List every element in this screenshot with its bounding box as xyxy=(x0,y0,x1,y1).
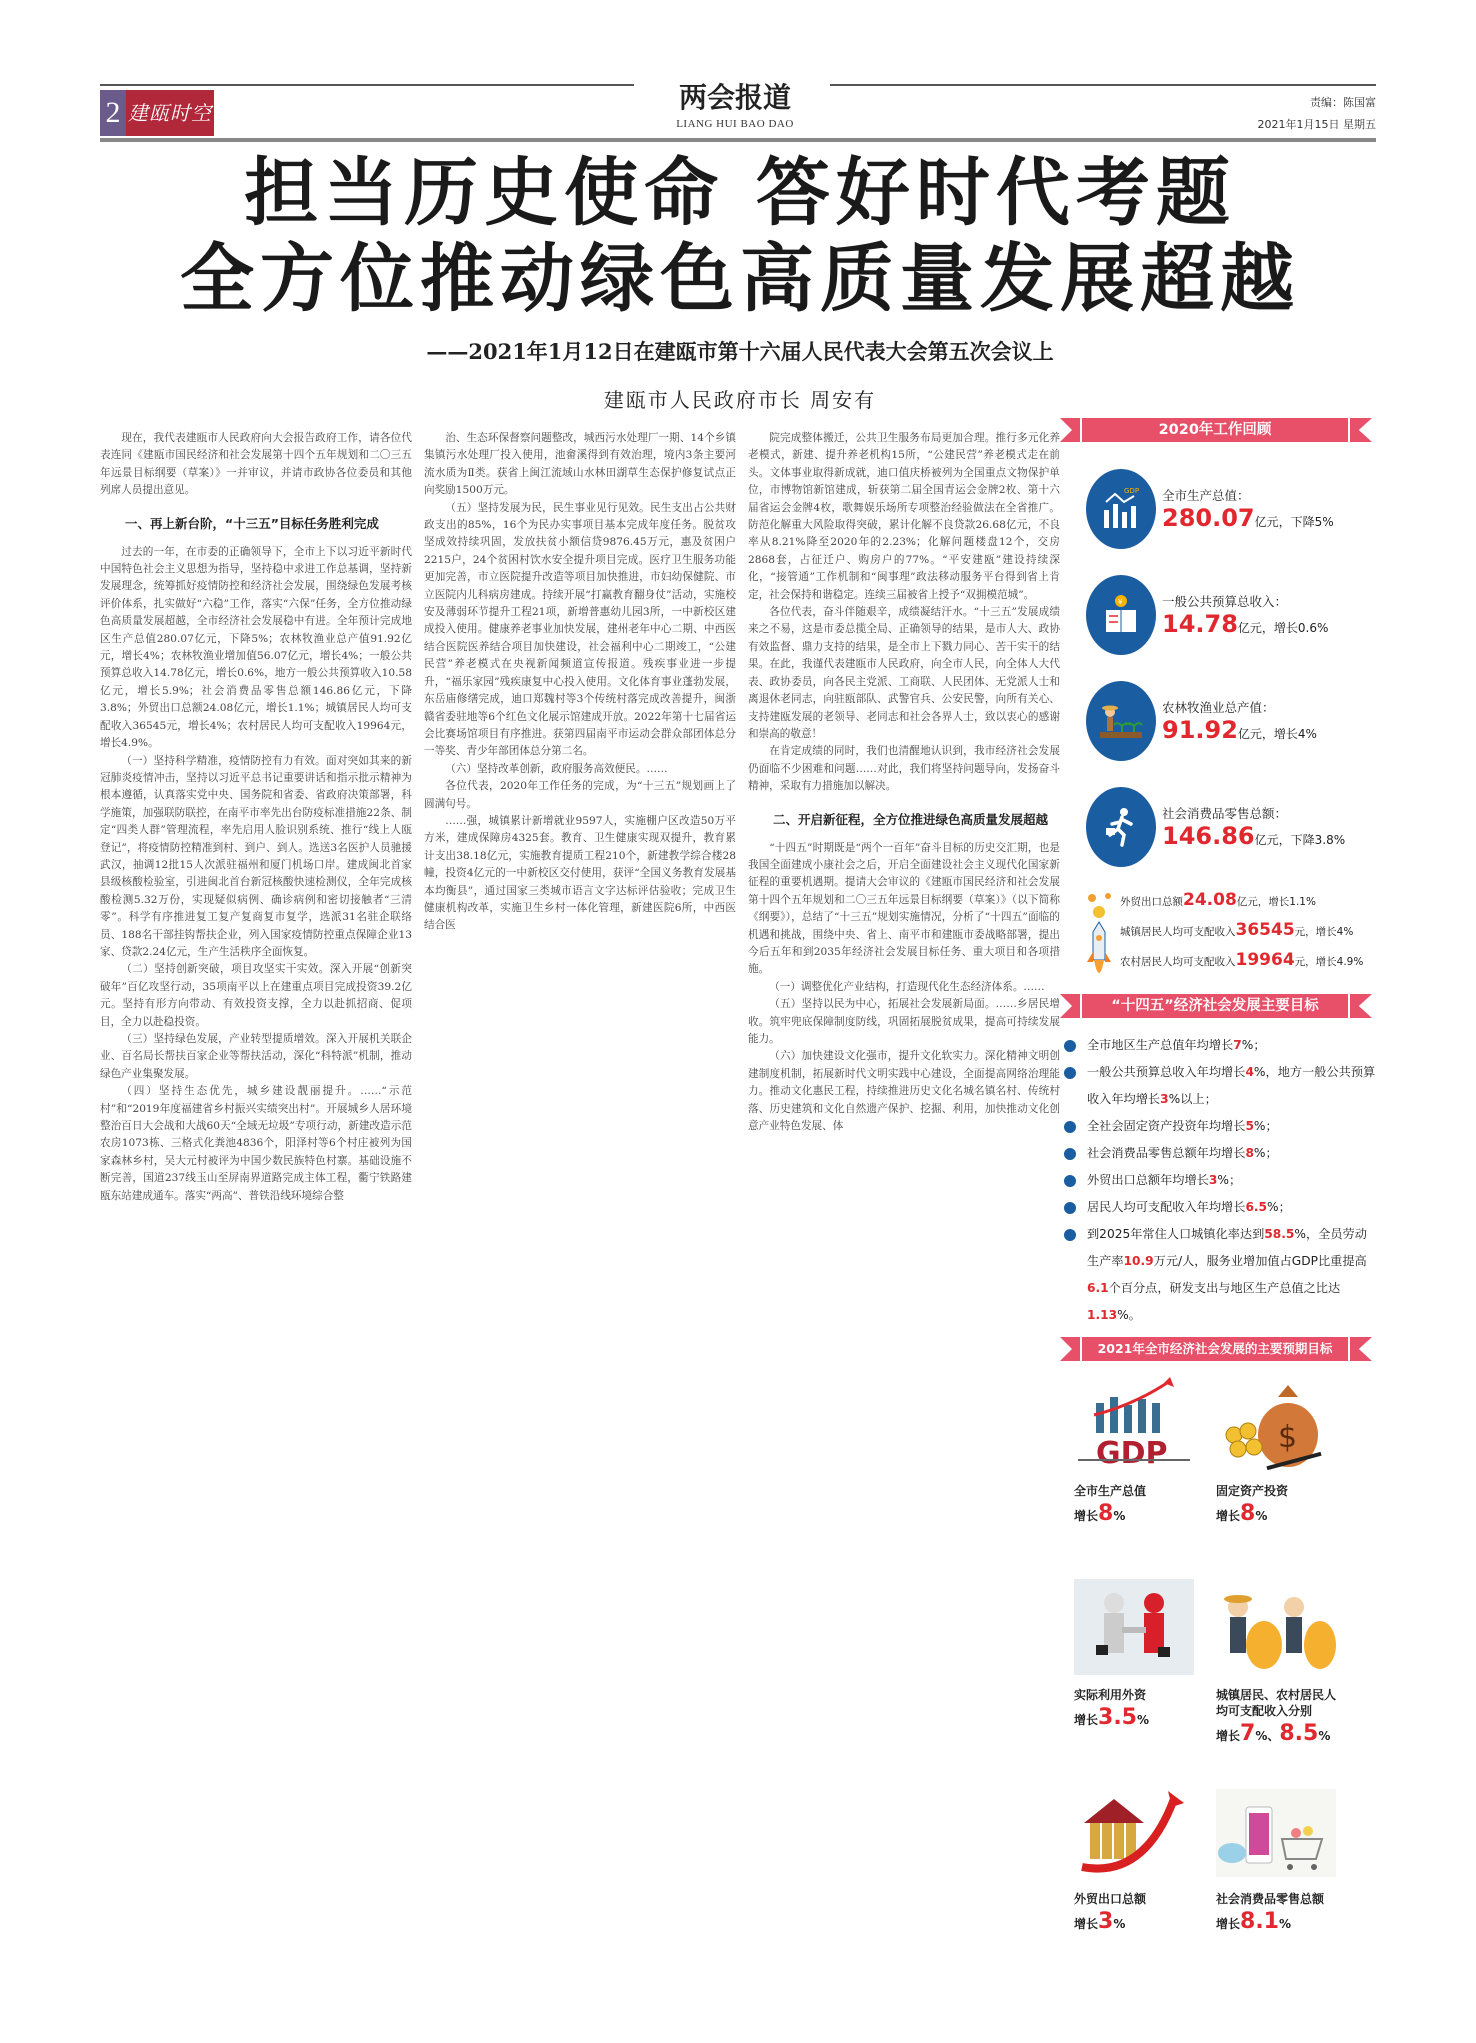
paragraph: （五）坚持以民为中心，拓展社会发展新局面。……乡居民增收。筑牢兜底保障制度防线，… xyxy=(748,996,1060,1048)
review-item-budget: ¥ 一般公共预算总收入： 14.78亿元，增长0.6% xyxy=(1060,562,1376,668)
goal-item: 一般公共预算总收入年均增长4%，地方一般公共预算收入年均增长3%以上； xyxy=(1060,1059,1376,1113)
article-column-3: 院完成整体搬迁，公共卫生服务布局更加合理。推行多元化养老模式，新建、提升养老机构… xyxy=(748,430,1060,1960)
paragraph: （四）坚持生态优先，城乡建设靓丽提升。……“示范村”和“2019年度福建省乡村振… xyxy=(100,1083,412,1205)
money-bag-icon: $ xyxy=(1216,1375,1336,1475)
editor-credit: 责编：陈国富 xyxy=(1310,94,1376,110)
page-badge: 2 建瓯时空 xyxy=(100,90,214,136)
review-unit: 亿元，下降3.8% xyxy=(1255,833,1346,847)
ribbon-tail-left xyxy=(1060,994,1080,1018)
paragraph: （三）坚持绿色发展，产业转型提质增效。深入开展机关联企业、百名局长帮扶百家企业等… xyxy=(100,1031,412,1083)
paragraph: ……强，城镇累计新增就业9597人，实施棚户区改造50万平方米，建成保障房432… xyxy=(424,813,736,935)
target-export: 外贸出口总额 增长3% xyxy=(1074,1783,1204,1979)
rocket-stats: 外贸出口总额24.08亿元，增长1.1% 城镇居民人均可支配收入36545元，增… xyxy=(1060,884,1376,994)
paragraph: 现在，我代表建瓯市人民政府向大会报告政府工作，请各位代表连同《建瓯市国民经济和社… xyxy=(100,430,412,500)
handshake-icon xyxy=(1074,1579,1194,1679)
goal-item: 居民人均可支配收入年均增长6.5%； xyxy=(1060,1194,1376,1221)
targets-grid: GDP 全市生产总值 增长8% $ 固定资产投资 增长8% 实际利用外资 增长3… xyxy=(1074,1375,1376,1979)
target-gdp: GDP 全市生产总值 增长8% xyxy=(1074,1375,1204,1571)
review-label: 一般公共预算总收入： xyxy=(1162,592,1328,610)
paragraph: 在肯定成绩的同时，我们也清醒地认识到，我市经济社会发展仍面临不少困难和问题……对… xyxy=(748,743,1060,795)
masthead-rule-bottom xyxy=(100,138,1376,142)
paragraph: （一）调整优化产业结构，打造现代化生态经济体系。…… xyxy=(748,979,1060,996)
gdp-crowd-icon: GDP xyxy=(1074,1375,1194,1475)
bullet-dot-icon xyxy=(1064,1175,1076,1187)
headline-line-2: 全方位推动绿色高质量发展超越 xyxy=(150,236,1330,322)
rocket-icon xyxy=(1084,892,1114,988)
house-arrow-icon xyxy=(1074,1783,1194,1883)
review-value: 91.92 xyxy=(1162,716,1238,744)
paragraph: （六）坚持改革创新，政府服务高效便民。…… xyxy=(424,761,736,778)
page-number: 2 xyxy=(100,90,126,136)
goal-item: 全社会固定资产投资年均增长5%； xyxy=(1060,1113,1376,1140)
review-unit: 亿元，下降5% xyxy=(1255,515,1334,529)
paragraph: 治、生态环保督察问题整改，城西污水处理厂一期、14个乡镇集镇污水处理厂投入使用，… xyxy=(424,430,736,500)
masthead: 2 建瓯时空 两会报道 LIANG HUI BAO DAO 责编：陈国富 202… xyxy=(100,80,1376,136)
paragraph: （一）坚持科学精准，疫情防控有力有效。面对突如其来的新冠肺炎疫情冲击，坚持以习近… xyxy=(100,753,412,962)
masthead-rule-right xyxy=(830,84,1376,86)
shopping-cart-icon xyxy=(1216,1783,1336,1883)
article-body: 现在，我代表建瓯市人民政府向大会报告政府工作，请各位代表连同《建瓯市国民经济和社… xyxy=(100,430,1060,1960)
goal-item: 社会消费品零售总额年均增长8%； xyxy=(1060,1140,1376,1167)
headline-subtitle: ——2021年1月12日在建瓯市第十六届人民代表大会第五次会议上 xyxy=(150,336,1330,366)
ribbon-tail-right xyxy=(1350,994,1372,1018)
bullet-dot-icon xyxy=(1064,1040,1076,1052)
byline: 建瓯市人民政府市长 周安有 xyxy=(150,384,1330,413)
ribbon-2020-review: 2020年工作回顾 xyxy=(1060,418,1376,442)
paragraph: 过去的一年，在市委的正确领导下，全市上下以习近平新时代中国特色社会主义思想为指导… xyxy=(100,544,412,753)
ribbon-14th-fyp-goals: “十四五”经济社会发展主要目标 xyxy=(1060,994,1376,1018)
bullet-dot-icon xyxy=(1064,1121,1076,1133)
ribbon-title: 2020年工作回顾 xyxy=(1082,418,1348,442)
goal-item: 到2025年常住人口城镇化率达到58.5%，全员劳动生产率10.9万元/人，服务… xyxy=(1060,1221,1376,1329)
review-value: 146.86 xyxy=(1162,822,1255,850)
ribbon-tail-right xyxy=(1350,418,1372,442)
residents-icon xyxy=(1216,1579,1336,1679)
bullet-dot-icon xyxy=(1064,1202,1076,1214)
ribbon-tail-left xyxy=(1060,1337,1080,1361)
review-label: 全市生产总值： xyxy=(1162,486,1334,504)
review-item-agriculture: 农林牧渔业总产值： 91.92亿元，增长4% xyxy=(1060,668,1376,774)
masthead-rule-left xyxy=(100,84,634,86)
paragraph: （二）坚持创新突破，项目攻坚实干实效。深入开展“创新突破年”百亿攻坚行动，35项… xyxy=(100,961,412,1031)
bullet-dot-icon xyxy=(1064,1229,1076,1241)
rocket-stat-export: 外贸出口总额24.08亿元，增长1.1% xyxy=(1120,890,1316,910)
section-heading-1: 一、再上新台阶，“十三五”目标任务胜利完成 xyxy=(100,514,412,534)
issue-date: 2021年1月15日 星期五 xyxy=(1258,116,1377,132)
target-foreign-investment: 实际利用外资 增长3.5% xyxy=(1074,1579,1204,1775)
goal-item: 全市地区生产总值年均增长7%； xyxy=(1060,1032,1376,1059)
rocket-stat-rural-income: 农村居民人均可支配收入19964元，增长4.9% xyxy=(1120,950,1363,970)
review-label: 社会消费品零售总额： xyxy=(1162,804,1345,822)
paragraph: （六）加快建设文化强市，提升文化软实力。深化精神文明创建制度机制，拓展新时代文明… xyxy=(748,1048,1060,1135)
ribbon-2021-targets: 2021年全市经济社会发展的主要预期目标 xyxy=(1060,1337,1376,1361)
svg-text:GDP: GDP xyxy=(1124,487,1139,495)
svg-text:¥: ¥ xyxy=(1118,598,1123,606)
review-value: 14.78 xyxy=(1162,610,1238,638)
article-column-2: 治、生态环保督察问题整改，城西污水处理厂一期、14个乡镇集镇污水处理厂投入使用，… xyxy=(424,430,736,1960)
target-fixed-investment: $ 固定资产投资 增长8% xyxy=(1216,1375,1346,1571)
review-unit: 亿元，增长4% xyxy=(1238,727,1317,741)
paragraph: 院完成整体搬迁，公共卫生服务布局更加合理。推行多元化养老模式，新建、提升养老机构… xyxy=(748,430,1060,604)
headline-line-1: 担当历史使命 答好时代考题 xyxy=(150,150,1330,236)
paragraph: 各位代表，奋斗伴随艰辛，成绩凝结汗水。“十三五”发展成绩来之不易，这是市委总揽全… xyxy=(748,604,1060,743)
paragraph: （五）坚持发展为民，民生事业见行见效。民生支出占公共财政支出的85%，16个为民… xyxy=(424,500,736,761)
target-retail: 社会消费品零售总额 增长8.1% xyxy=(1216,1783,1346,1979)
review-item-gdp: GDP 全市生产总值： 280.07亿元，下降5% xyxy=(1060,456,1376,562)
headline-block: 担当历史使命 答好时代考题 全方位推动绿色高质量发展超越 ——2021年1月12… xyxy=(150,150,1330,413)
svg-text:GDP: GDP xyxy=(1096,1436,1168,1471)
shopper-running-icon xyxy=(1086,787,1156,867)
svg-text:$: $ xyxy=(1278,1420,1297,1455)
gdp-chart-icon: GDP xyxy=(1086,469,1156,549)
bullet-dot-icon xyxy=(1064,1148,1076,1160)
review-value: 280.07 xyxy=(1162,504,1255,532)
review-unit: 亿元，增长0.6% xyxy=(1238,621,1329,635)
ribbon-title: 2021年全市经济社会发展的主要预期目标 xyxy=(1082,1337,1348,1361)
target-resident-income: 城镇居民、农村居民人均可支配收入分别 增长7%、8.5% xyxy=(1216,1579,1346,1775)
ribbon-tail-left xyxy=(1060,418,1080,442)
review-item-retail: 社会消费品零售总额： 146.86亿元，下降3.8% xyxy=(1060,774,1376,880)
goals-list: 全市地区生产总值年均增长7%； 一般公共预算总收入年均增长4%，地方一般公共预算… xyxy=(1060,1032,1376,1329)
farmer-icon xyxy=(1086,681,1156,761)
rocket-stat-urban-income: 城镇居民人均可支配收入36545元，增长4% xyxy=(1120,920,1353,940)
review-label: 农林牧渔业总产值： xyxy=(1162,698,1317,716)
ribbon-tail-right xyxy=(1350,1337,1372,1361)
paragraph: “十四五”时期既是“两个一百年”奋斗目标的历史交汇期，也是我国全面建成小康社会之… xyxy=(748,840,1060,979)
bullet-dot-icon xyxy=(1064,1067,1076,1079)
brand-logo: 建瓯时空 xyxy=(126,90,214,136)
paragraph: 各位代表，2020年工作任务的完成，为“十三五”规划画上了圆满句号。 xyxy=(424,778,736,813)
section-title: 两会报道 xyxy=(650,80,820,116)
section-heading-2: 二、开启新征程，全方位推进绿色高质量发展超越 xyxy=(748,810,1060,830)
goal-item: 外贸出口总额年均增长3%； xyxy=(1060,1167,1376,1194)
section-pinyin: LIANG HUI BAO DAO xyxy=(650,118,820,130)
infographic-sidebar: 2020年工作回顾 GDP 全市生产总值： 280.07亿元，下降5% ¥ 一般… xyxy=(1060,418,1376,1979)
budget-book-icon: ¥ xyxy=(1086,575,1156,655)
article-column-1: 现在，我代表建瓯市人民政府向大会报告政府工作，请各位代表连同《建瓯市国民经济和社… xyxy=(100,430,412,1960)
ribbon-title: “十四五”经济社会发展主要目标 xyxy=(1082,994,1348,1018)
